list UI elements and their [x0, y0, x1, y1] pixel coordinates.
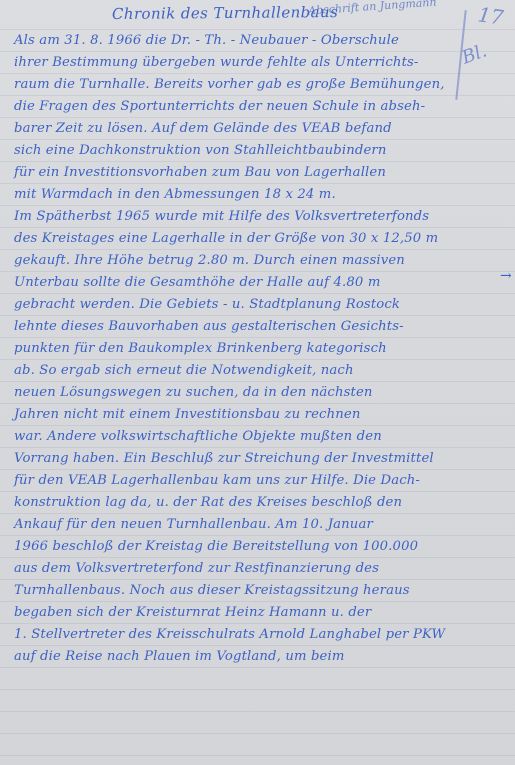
text-line: Vorrang haben. Ein Beschluß zur Streichu… [14, 448, 514, 470]
text-line: punkten für den Baukomplex Brinkenberg k… [14, 338, 514, 360]
text-line: gebracht werden. Die Gebiets - u. Stadtp… [14, 294, 514, 316]
text-line: begaben sich der Kreisturnrat Heinz Hama… [14, 602, 514, 624]
text-line: raum die Turnhalle. Bereits vorher gab e… [14, 74, 514, 96]
text-line: 1. Stellvertreter des Kreisschulrats Arn… [14, 624, 514, 646]
text-line: neuen Lösungswegen zu suchen, da in den … [14, 382, 514, 404]
text-line: auf die Reise nach Plauen im Vogtland, u… [14, 646, 514, 668]
text-line: Ankauf für den neuen Turnhallenbau. Am 1… [14, 514, 514, 536]
text-line: Als am 31. 8. 1966 die Dr. - Th. - Neuba… [14, 30, 514, 52]
text-line: die Fragen des Sportunterrichts der neue… [14, 96, 514, 118]
text-line: aus dem Volksvertreterfond zur Restfinan… [14, 558, 514, 580]
document-title: Chronik des Turnhallenbaus [112, 3, 338, 23]
text-line: für den VEAB Lagerhallenbau kam uns zur … [14, 470, 514, 492]
text-line: barer Zeit zu lösen. Auf dem Gelände des… [14, 118, 514, 140]
text-line: Jahren nicht mit einem Investitionsbau z… [14, 404, 514, 426]
text-line: für ein Investitionsvorhaben zum Bau von… [14, 162, 514, 184]
text-line: mit Warmdach in den Abmessungen 18 x 24 … [14, 184, 514, 206]
text-line: Unterbau sollte die Gesamthöhe der Halle… [14, 272, 514, 294]
document-page: Abschrift an Jungmann 17 Bl. → Chronik d… [0, 0, 515, 765]
text-line: konstruktion lag da, u. der Rat des Krei… [14, 492, 514, 514]
handwritten-body: Als am 31. 8. 1966 die Dr. - Th. - Neuba… [14, 30, 514, 668]
text-line: des Kreistages eine Lagerhalle in der Gr… [14, 228, 514, 250]
text-line: sich eine Dachkonstruktion von Stahlleic… [14, 140, 514, 162]
text-line: gekauft. Ihre Höhe betrug 2.80 m. Durch … [14, 250, 514, 272]
text-line: Turnhallenbaus. Noch aus dieser Kreistag… [14, 580, 514, 602]
text-line: 1966 beschloß der Kreistag die Bereitste… [14, 536, 514, 558]
text-line: ihrer Bestimmung übergeben wurde fehlte … [14, 52, 514, 74]
text-line: lehnte dieses Bauvorhaben aus gestalteri… [14, 316, 514, 338]
text-line: Im Spätherbst 1965 wurde mit Hilfe des V… [14, 206, 514, 228]
text-line: war. Andere volkswirtschaftliche Objekte… [14, 426, 514, 448]
page-number-mark: 17 [476, 2, 505, 29]
text-line: ab. So ergab sich erneut die Notwendigke… [14, 360, 514, 382]
